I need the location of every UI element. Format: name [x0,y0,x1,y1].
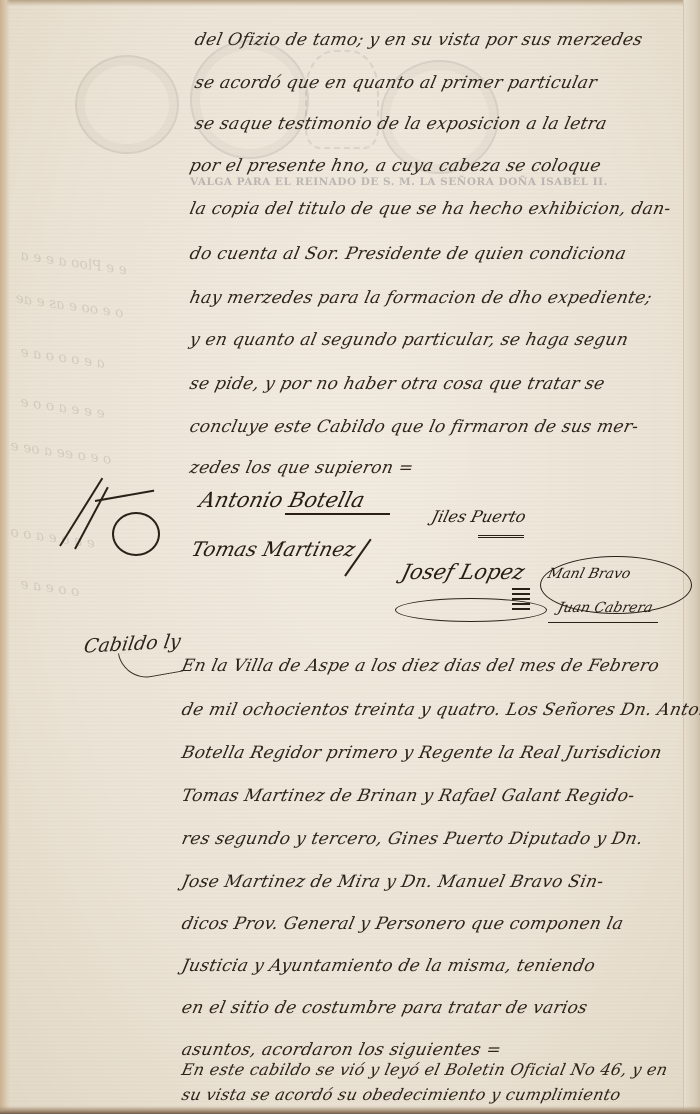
text-line: la copia del titulo de que se ha hecho e… [188,199,673,219]
stamp-printed-text: VALGA PARA EL REINADO DE S. M. LA SEÑORA… [190,176,608,188]
text-line: por el presente hno, a cuya cabeza se co… [188,156,603,176]
stamp-seal-left [75,55,179,154]
paper-bottom-edge [0,1106,700,1114]
text-line: hay merzedes para la formacion de dho ex… [188,288,654,308]
bleed-through-text: a e o o o a e [19,344,106,372]
signature-jiles-puerto: Jiles Puerto [430,507,528,526]
text-line: concluye este Cabildo que lo firmaron de… [188,417,641,437]
text-line: Justicia y Ayuntamiento de la misma, ten… [180,956,597,976]
text-line: y en quanto al segundo particular, se ha… [188,330,630,350]
signature-antonio-botella: Antonio Botella [197,488,367,512]
text-line: Jose Martinez de Mira y Dn. Manuel Bravo… [180,872,606,892]
signature-underline [548,622,658,623]
manuscript-page: VALGA PARA EL REINADO DE S. M. LA SEÑORA… [0,0,700,1114]
text-line: su vista se acordó su obedecimiento y cu… [180,1085,623,1104]
signature-josef-lopez: Josef Lopez [399,560,527,584]
stamp-crest [305,50,379,149]
paper-right-edge [683,0,700,1114]
text-line: En este cabildo se vió y leyó el Boletin… [180,1060,670,1079]
text-line: do cuenta al Sor. Presidente de quien co… [188,244,628,264]
paper-top-edge [0,0,700,6]
bleed-through-text: e e e a o o e [19,394,105,422]
text-line: dicos Prov. General y Personero que comp… [180,914,625,934]
signature-underline [285,513,390,515]
bleed-through-text: e e Ploo a e e a [19,248,127,279]
text-line: Tomas Martinez de Brinan y Rafael Galant… [180,786,637,806]
text-line: en el sitio de costumbre para tratar de … [180,998,590,1018]
text-line: se saque testimonio de la exposicion a l… [193,114,609,134]
text-line: del Ofizio de tamo; y en su vista por su… [193,30,645,50]
bleed-through-text: o e oo e as e ae [14,290,124,321]
text-line: de mil ochocientos treinta y quatro. Los… [180,700,700,720]
text-line: asuntos, acordaron los siguientes = [180,1040,503,1060]
signature-underline [478,535,524,544]
paper-left-edge [0,0,10,1114]
text-line: se acordó que en quanto al primer partic… [193,73,599,93]
bleed-through-text: o o e a e [19,576,80,600]
text-line: res segundo y tercero, Gines Puerto Dipu… [180,829,645,849]
stamp-seal-center-left [190,40,309,159]
bleed-through-text: e a o e a o o [9,524,96,552]
signature-juan-cabrera: Juan Cabrera [556,600,654,616]
text-line: zedes los que supieron = [188,458,416,478]
rubric-loop [112,512,160,556]
text-line: En la Villa de Aspe a los diez dias del … [180,656,661,676]
text-line: se pide, y por no haber otra cosa que tr… [188,374,607,394]
signature-tomas-martinez: Tomas Martinez [189,537,358,561]
bleed-through-text: o e o ee a oe e [9,438,112,468]
signature-flourish [395,598,547,622]
text-line: Botella Regidor primero y Regente la Rea… [180,743,664,763]
